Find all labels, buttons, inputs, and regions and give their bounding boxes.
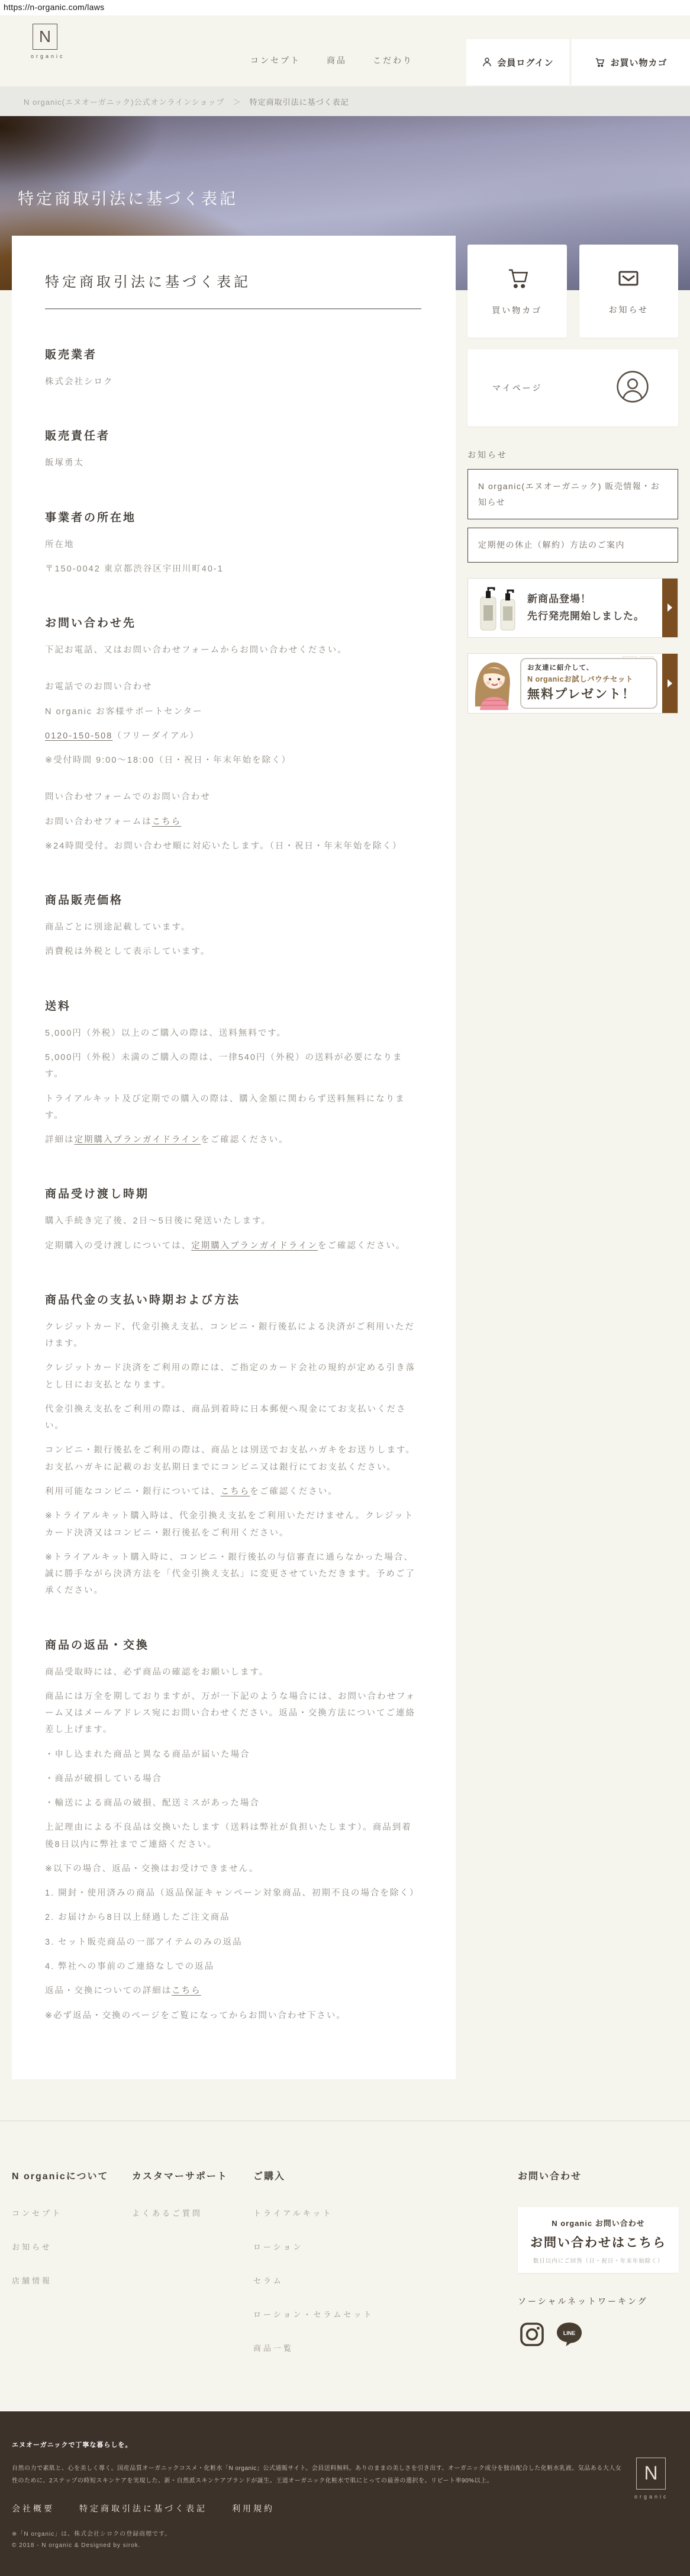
site-logo[interactable]: N organic — [31, 24, 59, 59]
site-footer: N organicについてコンセプトお知らせ店舗情報カスタマーサポートよくあるご… — [0, 2121, 690, 2411]
inline-link[interactable]: 定期購入プランガイドライン — [75, 1135, 201, 1145]
footer-column: N organicについてコンセプトお知らせ店舗情報 — [12, 2169, 132, 2376]
legal-sections: 販売業者株式会社シロク販売責任者飯塚勇太事業者の所在地所在地〒150-0042 … — [45, 346, 421, 2024]
footer-contact-column: お問い合わせ N organic お問い合わせ お問い合わせはこちら 数日以内に… — [518, 2169, 679, 2376]
text-segment: 1. 開封・使用済みの商品（返品保証キャンペーン対象商品、初期不良の場合を除く） — [45, 1888, 419, 1898]
text-segment: 消費税は外税として表示しています。 — [45, 947, 210, 956]
legal-card: 特定商取引法に基づく表記 販売業者株式会社シロク販売責任者飯塚勇太事業者の所在地… — [12, 236, 456, 2079]
footer-column-heading: ご購入 — [253, 2169, 401, 2182]
inline-link[interactable]: 0120-150-508 — [45, 731, 112, 741]
section-heading: 事業者の所在地 — [45, 509, 421, 525]
section-paragraph: 下記お電話、又はお問い合わせフォームからお問い合わせください。 — [45, 642, 421, 659]
login-button[interactable]: 会員ログイン — [466, 39, 569, 85]
contact-box-title: N organic お問い合わせ — [524, 2217, 673, 2228]
text-segment: 購入手続き完了後、2日～5日後に発送いたします。 — [45, 1216, 271, 1226]
contact-box[interactable]: N organic お問い合わせ お問い合わせはこちら 数日以内にご回答（日・祝… — [518, 2207, 679, 2273]
footer-link-item: ローション・セラムセット — [253, 2308, 401, 2320]
header-buttons: 会員ログイン お買い物カゴ — [466, 39, 690, 85]
section-heading: 商品販売価格 — [45, 891, 421, 907]
text-segment: クレジットカード、代金引換え支払、コンビニ・銀行後払による決済がご利用いただけま… — [45, 1322, 415, 1348]
section-paragraph: 5,000円（外税）以上のご購入の際は、送料無料です。 — [45, 1025, 421, 1042]
section-paragraph: トライアルキット及び定期での購入の際は、購入金額に関わらず送料無料になります。 — [45, 1091, 421, 1125]
sidebar: 買い物カゴ お知らせ マイページ お知らせ N organic(エヌオーガニック… — [467, 236, 678, 714]
legal-section: 販売責任者飯塚勇太 — [45, 427, 421, 471]
text-segment: をご確認ください。 — [250, 1487, 338, 1496]
footer-tagline: エヌオーガニックで丁寧な暮らしを。 — [12, 2440, 678, 2449]
content-area: 特定商取引法に基づく表記 販売業者株式会社シロク販売責任者飯塚勇太事業者の所在地… — [0, 236, 690, 2121]
section-paragraph: ※必ず返品・交換のページをご覧になってからお問い合わせ下さい。 — [45, 2008, 421, 2024]
footer-link-item: コンセプト — [12, 2207, 132, 2219]
section-paragraph: 5,000円（外税）未満のご購入の際は、一律540円（外税）の送料が必要になりま… — [45, 1049, 421, 1083]
section-paragraph: ※以下の場合、返品・交換はお受けできません。 — [45, 1861, 421, 1877]
text-segment: 〒150-0042 東京都渋谷区宇田川町40-1 — [45, 564, 224, 574]
section-paragraph: ※トライアルキット購入時に、コンビニ・銀行後払の与信審査に通らなかった場合、誠に… — [45, 1549, 421, 1599]
inline-link[interactable]: こちら — [152, 817, 182, 827]
contact-box-main: お問い合わせはこちら — [524, 2233, 673, 2251]
legal-section: お問い合わせ先下記お電話、又はお問い合わせフォームからお問い合わせください。お電… — [45, 614, 421, 855]
section-paragraph: 代金引換え支払をご利用の際は、商品到着時に日本郵便へ現金にてお支払いください。 — [45, 1401, 421, 1435]
line-icon[interactable]: LINE — [554, 2320, 584, 2349]
news-card-label: お知らせ — [608, 304, 649, 316]
sns-heading: ソーシャルネットワーキング — [518, 2295, 679, 2307]
section-paragraph: 2. お届けから8日以上経過したご注文商品 — [45, 1909, 421, 1926]
footer-link-item: 商品一覧 — [253, 2342, 401, 2354]
text-segment: 商品ごとに別途記載しています。 — [45, 923, 191, 932]
cart-icon-large — [504, 266, 531, 294]
cart-card-label: 買い物カゴ — [492, 304, 542, 316]
footer-link-item: よくあるご質問 — [132, 2207, 253, 2219]
footer-link-item: セラム — [253, 2275, 401, 2286]
section-paragraph: ・輸送による商品の破損、配送ミスがあった場合 — [45, 1795, 421, 1811]
sidebar-mypage-card[interactable]: マイページ — [467, 349, 678, 426]
sidebar-news-card[interactable]: お知らせ — [579, 245, 679, 338]
girl-illustration — [470, 653, 521, 714]
text-segment: ※受付時間 9:00～18:00（日・祝日・年末年始を除く） — [45, 756, 291, 765]
section-paragraph: 株式会社シロク — [45, 374, 421, 390]
section-paragraph: ※トライアルキット購入時は、代金引換え支払をご利用いただけません。クレジットカー… — [45, 1508, 421, 1541]
text-segment: 株式会社シロク — [45, 377, 114, 387]
text-segment: コンビニ・銀行後払をご利用の際は、商品とは別送でお支払ハガキをお送りします。お支… — [45, 1446, 415, 1472]
text-segment: ※トライアルキット購入時に、コンビニ・銀行後払の与信審査に通らなかった場合、誠に… — [45, 1553, 415, 1596]
nav-kodawari[interactable]: こだわり — [373, 54, 413, 66]
text-segment: 問い合わせフォームでのお問い合わせ — [45, 792, 211, 802]
section-paragraph: 4. 弊社への事前のご連絡なしでの返品 — [45, 1958, 421, 1975]
banner-line: N organicお試しパウチセット — [527, 673, 650, 684]
text-segment: お電話でのお問い合わせ — [45, 682, 153, 692]
logo-letter: N — [39, 27, 51, 46]
dark-footer-link[interactable]: 特定商取引法に基づく表記 — [79, 2503, 207, 2514]
text-segment: 上記理由による不良品は交換いたします（送料は弊社が負担いたします）。商品到着後8… — [45, 1823, 412, 1849]
sidebar-quick-cards: 買い物カゴ お知らせ — [467, 245, 678, 338]
dark-footer-link[interactable]: 利用規約 — [232, 2503, 275, 2514]
mypage-card-label: マイページ — [492, 382, 542, 394]
footer-logo: N organic — [634, 2458, 668, 2500]
section-paragraph: ・商品が破損している場合 — [45, 1771, 421, 1787]
section-heading: 販売責任者 — [45, 427, 421, 443]
footer-column-heading: N organicについて — [12, 2169, 132, 2182]
logo-subtext: organic — [31, 53, 59, 59]
legal-section: 商品販売価格商品ごとに別途記載しています。消費税は外税として表示しています。 — [45, 891, 421, 961]
footer-link-item: トライアルキット — [253, 2207, 401, 2219]
footer-contact-heading: お問い合わせ — [518, 2169, 679, 2182]
notice-item[interactable]: 定期便の休止（解約）方法のご案内 — [467, 528, 678, 563]
text-segment: 返品・交換についての詳細は — [45, 1986, 172, 1996]
section-paragraph: 上記理由による不良品は交換いたします（送料は弊社が負担いたします）。商品到着後8… — [45, 1819, 421, 1853]
text-segment: 代金引換え支払をご利用の際は、商品到着時に日本郵便へ現金にてお支払いください。 — [45, 1405, 407, 1431]
logo-box: N — [33, 24, 57, 50]
banner-line: 無料プレゼント！ — [527, 685, 650, 702]
text-segment: ※必ず返品・交換のページをご覧になってからお問い合わせ下さい。 — [45, 2011, 346, 2021]
section-paragraph: 3. セット販売商品の一部アイテムのみの返品 — [45, 1934, 421, 1951]
section-paragraph: 消費税は外税として表示しています。 — [45, 943, 421, 960]
product-bottles-illustration — [468, 584, 527, 631]
text-segment: 3. セット販売商品の一部アイテムのみの返品 — [45, 1938, 243, 1947]
breadcrumb-current: 特定商取引法に基づく表記 — [250, 96, 349, 107]
dark-footer: エヌオーガニックで丁寧な暮らしを。 自然の力で素肌と、心を美しく導く。国産品質オ… — [0, 2411, 690, 2576]
section-paragraph: 購入手続き完了後、2日～5日後に発送いたします。 — [45, 1213, 421, 1229]
text-segment: トライアルキット及び定期での購入の際は、購入金額に関わらず送料無料になります。 — [45, 1094, 405, 1120]
text-segment: 5,000円（外税）未満のご購入の際は、一律540円（外税）の送料が必要になりま… — [45, 1053, 402, 1079]
section-paragraph: N organic お客様サポートセンター — [45, 704, 421, 720]
copyright-text: © 2018 - N organic & Designed by sirok. — [12, 2540, 678, 2551]
breadcrumb-separator: ＞ — [233, 96, 241, 107]
footer-link[interactable]: ローション — [253, 2243, 303, 2251]
footer-link-item: ローション — [253, 2241, 401, 2253]
sidebar-cart-card[interactable]: 買い物カゴ — [467, 245, 567, 338]
footer-description: 自然の力で素肌と、心を美しく導く。国産品質オーガニックコスメ・化粧水「N org… — [12, 2462, 627, 2487]
footer-legal-links: 会社概要特定商取引法に基づく表記利用規約 — [12, 2503, 678, 2514]
banner-line: お友達に紹介して、 — [527, 663, 650, 672]
inline-link[interactable]: こちら — [172, 1986, 201, 1996]
section-paragraph: お問い合わせフォームはこちら — [45, 814, 421, 830]
footer-trademark-copyright: ※「N organic」は、株式会社シロクの登録商標です。 © 2018 - N… — [12, 2529, 678, 2551]
text-segment: 詳細は — [45, 1135, 75, 1145]
section-heading: 送料 — [45, 997, 421, 1013]
footer-column: ご購入トライアルキットローションセラムローション・セラムセット商品一覧 — [253, 2169, 401, 2376]
footer-link-item: 店舗情報 — [12, 2275, 132, 2286]
cart-icon — [594, 57, 605, 68]
header-cart-button[interactable]: お買い物カゴ — [572, 39, 690, 85]
section-paragraph: ※24時間受付。お問い合わせ順に対応いたします。（日・祝日・年末年始を除く） — [45, 838, 421, 855]
text-segment: ・申し込まれた商品と異なる商品が届いた場合 — [45, 1750, 250, 1759]
section-heading: 商品の返品・交換 — [45, 1636, 421, 1652]
section-paragraph: クレジットカード決済をご利用の際には、ご指定のカード会社の規約が定める引き落とし… — [45, 1360, 421, 1393]
text-segment: ※24時間受付。お問い合わせ順に対応いたします。（日・祝日・年末年始を除く） — [45, 841, 402, 851]
nav-concept[interactable]: コンセプト — [250, 54, 301, 66]
section-paragraph: 詳細は定期購入プランガイドラインをご確認ください。 — [45, 1132, 421, 1148]
text-segment: （フリーダイアル） — [112, 731, 199, 741]
footer-link[interactable]: よくあるご質問 — [132, 2209, 202, 2218]
footer-link[interactable]: セラム — [253, 2276, 283, 2285]
section-heading: 商品受け渡し時期 — [45, 1185, 421, 1201]
banner-new-product-text: 新商品登場！ 先行発売開始しました。 — [527, 590, 644, 626]
main-nav: コンセプト 商品 こだわり — [250, 54, 413, 66]
footer-logo-subtext: organic — [634, 2494, 668, 2500]
text-segment: お問い合わせフォームは — [45, 817, 152, 827]
text-segment: 商品受取時には、必ず商品の確認をお願いします。 — [45, 1668, 269, 1677]
section-paragraph: 返品・交換についての詳細はこちら — [45, 1983, 421, 1999]
inline-link[interactable]: こちら — [221, 1487, 250, 1496]
footer-link-list: トライアルキットローションセラムローション・セラムセット商品一覧 — [253, 2207, 401, 2354]
banner-line: 先行発売開始しました。 — [527, 608, 644, 625]
hero-title: 特定商取引法に基づく表記 — [18, 186, 238, 209]
legal-section: 送料5,000円（外税）以上のご購入の際は、送料無料です。5,000円（外税）未… — [45, 997, 421, 1149]
text-segment: 2. お届けから8日以上経過したご注文商品 — [45, 1913, 230, 1922]
text-segment: をご確認ください。 — [201, 1135, 289, 1145]
banner-referral-bubble: お友達に紹介して、 N organicお試しパウチセット 無料プレゼント！ — [520, 658, 657, 709]
section-paragraph: 商品受取時には、必ず商品の確認をお願いします。 — [45, 1664, 421, 1681]
breadcrumb: N organic(エヌオーガニック)公式オンラインショップ ＞ 特定商取引法に… — [0, 86, 690, 116]
footer-link[interactable]: ローション・セラムセット — [253, 2310, 373, 2319]
sidebar-news-heading: お知らせ — [467, 449, 678, 461]
section-heading: 商品代金の支払い時期および方法 — [45, 1291, 421, 1307]
login-button-label: 会員ログイン — [497, 56, 553, 69]
banner-line: 新商品登場！ — [527, 590, 644, 608]
section-paragraph: 商品には万全を期しておりますが、万が一下記のような場合には、お問い合わせフォーム… — [45, 1688, 421, 1739]
footer-link-list: コンセプトお知らせ店舗情報 — [12, 2207, 132, 2286]
svg-text:LINE: LINE — [563, 2330, 576, 2336]
text-segment: 下記お電話、又はお問い合わせフォームからお問い合わせください。 — [45, 645, 347, 655]
text-segment: ※以下の場合、返品・交換はお受けできません。 — [45, 1864, 259, 1874]
page-title: 特定商取引法に基づく表記 — [45, 270, 421, 309]
inline-link[interactable]: 定期購入プランガイドライン — [191, 1241, 318, 1251]
banner-new-product[interactable]: 新商品登場！ 先行発売開始しました。 — [467, 578, 678, 638]
page-url: https://n-organic.com/laws — [0, 0, 690, 15]
footer-link[interactable]: 商品一覧 — [253, 2344, 294, 2353]
footer-link[interactable]: 店舗情報 — [12, 2276, 52, 2285]
legal-section: 事業者の所在地所在地〒150-0042 東京都渋谷区宇田川町40-1 — [45, 509, 421, 578]
trademark-text: ※「N organic」は、株式会社シロクの登録商標です。 — [12, 2529, 678, 2540]
section-paragraph: クレジットカード、代金引換え支払、コンビニ・銀行後払による決済がご利用いただけま… — [45, 1319, 421, 1353]
banner-referral[interactable]: N N お友達に紹介して、 N organicお試しパウチセット 無 — [467, 653, 678, 714]
notice-item[interactable]: N organic(エヌオーガニック) 販売情報・お知らせ — [467, 469, 678, 519]
legal-section: 商品代金の支払い時期および方法クレジットカード、代金引換え支払、コンビニ・銀行後… — [45, 1291, 421, 1599]
section-paragraph: 飯塚勇太 — [45, 455, 421, 471]
section-paragraph: 0120-150-508（フリーダイアル） — [45, 728, 421, 744]
text-segment: 4. 弊社への事前のご連絡なしでの返品 — [45, 1962, 214, 1971]
dark-footer-link[interactable]: 会社概要 — [12, 2503, 54, 2514]
section-paragraph: コンビニ・銀行後払をご利用の際は、商品とは別送でお支払ハガキをお送りします。お支… — [45, 1442, 421, 1476]
section-heading: 販売業者 — [45, 346, 421, 362]
text-segment: をご確認ください。 — [318, 1241, 406, 1251]
text-segment: 5,000円（外税）以上のご購入の際は、送料無料です。 — [45, 1029, 286, 1038]
footer-column: カスタマーサポートよくあるご質問 — [132, 2169, 253, 2376]
nav-products[interactable]: 商品 — [327, 54, 347, 66]
section-paragraph: 〒150-0042 東京都渋谷区宇田川町40-1 — [45, 561, 421, 577]
section-paragraph: 問い合わせフォームでのお問い合わせ — [45, 789, 421, 805]
footer-link[interactable]: コンセプト — [12, 2209, 62, 2218]
section-paragraph: ・申し込まれた商品と異なる商品が届いた場合 — [45, 1746, 421, 1763]
legal-section: 商品受け渡し時期購入手続き完了後、2日～5日後に発送いたします。定期購入の受け渡… — [45, 1185, 421, 1254]
legal-section: 販売業者株式会社シロク — [45, 346, 421, 390]
text-segment: ・輸送による商品の破損、配送ミスがあった場合 — [45, 1798, 260, 1808]
contact-box-note: 数日以内にご回答（日・祝日・年末年始除く） — [524, 2256, 673, 2265]
instagram-icon[interactable] — [518, 2320, 546, 2349]
text-segment: 飯塚勇太 — [45, 458, 84, 468]
footer-columns: N organicについてコンセプトお知らせ店舗情報カスタマーサポートよくあるご… — [12, 2169, 401, 2376]
legal-section: 商品の返品・交換商品受取時には、必ず商品の確認をお願いします。商品には万全を期し… — [45, 1636, 421, 2024]
section-paragraph: 所在地 — [45, 537, 421, 553]
footer-link[interactable]: トライアルキット — [253, 2209, 333, 2218]
section-paragraph: 利用可能なコンビニ・銀行については、こちらをご確認ください。 — [45, 1483, 421, 1500]
text-segment: ※トライアルキット購入時は、代金引換え支払をご利用いただけません。クレジットカー… — [45, 1511, 414, 1537]
text-segment: 商品には万全を期しておりますが、万が一下記のような場合には、お問い合わせフォーム… — [45, 1692, 415, 1735]
breadcrumb-root-link[interactable]: N organic(エヌオーガニック)公式オンラインショップ — [24, 96, 225, 107]
mail-icon — [615, 266, 642, 293]
footer-logo-box: N — [636, 2458, 666, 2490]
text-segment: 定期購入の受け渡しについては、 — [45, 1241, 191, 1251]
arrow-right-icon — [662, 654, 678, 713]
footer-link[interactable]: お知らせ — [12, 2243, 52, 2251]
footer-column-heading: カスタマーサポート — [132, 2169, 253, 2182]
arrow-right-icon — [662, 579, 678, 637]
text-segment: 利用可能なコンビニ・銀行については、 — [45, 1487, 221, 1496]
text-segment: ・商品が破損している場合 — [45, 1774, 162, 1784]
footer-link-list: よくあるご質問 — [132, 2207, 253, 2219]
section-paragraph: 定期購入の受け渡しについては、定期購入プランガイドラインをご確認ください。 — [45, 1238, 421, 1254]
text-segment: クレジットカード決済をご利用の際には、ご指定のカード会社の規約が定める引き落とし… — [45, 1363, 415, 1389]
section-heading: お問い合わせ先 — [45, 614, 421, 630]
sns-icons: LINE — [518, 2320, 679, 2349]
person-icon — [482, 57, 492, 68]
section-paragraph: お電話でのお問い合わせ — [45, 679, 421, 695]
section-paragraph: 商品ごとに別途記載しています。 — [45, 919, 421, 936]
text-segment: N organic お客様サポートセンター — [45, 707, 203, 717]
section-paragraph: 1. 開封・使用済みの商品（返品保証キャンペーン対象商品、初期不良の場合を除く） — [45, 1885, 421, 1902]
footer-link-item: お知らせ — [12, 2241, 132, 2253]
site-header: N organic コンセプト 商品 こだわり 会員ログイン お買い物カゴ — [0, 15, 690, 86]
section-paragraph: ※受付時間 9:00～18:00（日・祝日・年末年始を除く） — [45, 752, 421, 769]
sidebar-notices: N organic(エヌオーガニック) 販売情報・お知らせ定期便の休止（解約）方… — [467, 469, 678, 563]
footer-logo-letter: N — [644, 2462, 657, 2484]
user-circle-icon — [615, 370, 650, 407]
cart-button-label: お買い物カゴ — [610, 56, 667, 69]
text-segment: 所在地 — [45, 540, 75, 550]
